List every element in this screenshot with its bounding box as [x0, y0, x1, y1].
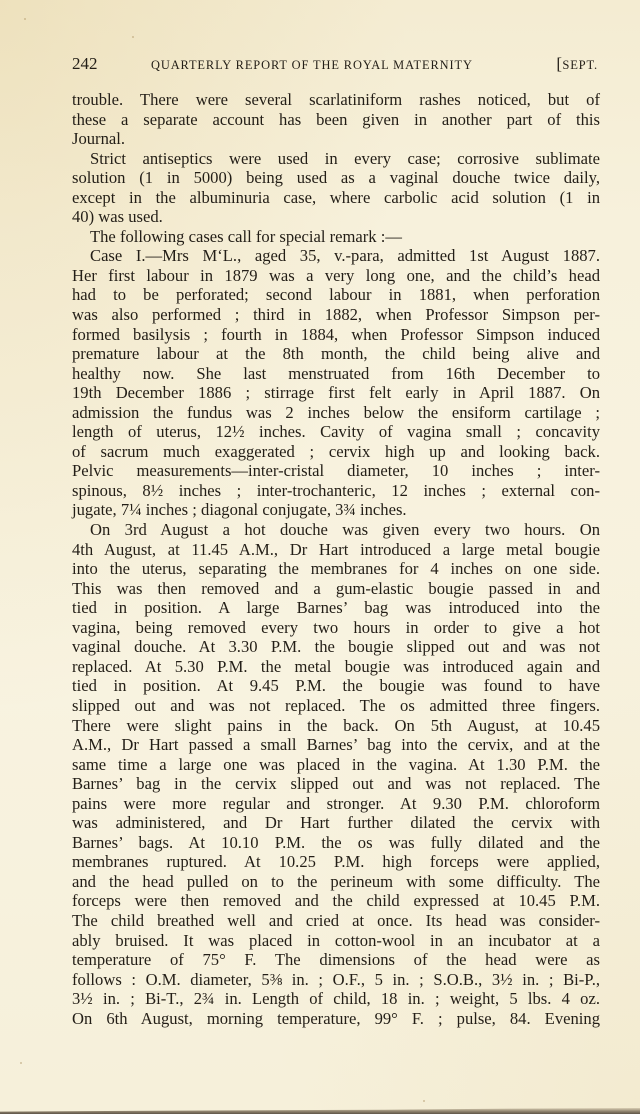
text-line: solution (1 in 5000) being used as a vag…	[72, 168, 600, 188]
text-line: jugate, 7¼ inches ; diagonal conjugate, …	[72, 500, 600, 520]
text-line: these a separate account has been given …	[72, 110, 600, 130]
text-line: Barnes’ bag in the cervix slipped out an…	[72, 774, 600, 794]
text-line: The child breathed well and cried at onc…	[72, 911, 600, 931]
text-line: vagina, being removed every two hours in…	[72, 618, 600, 638]
running-date: [SEPT.	[556, 52, 598, 77]
text-line: pains were more regular and stronger. At…	[72, 794, 600, 814]
text-line: temperature of 75° F. The dimensions of …	[72, 950, 600, 970]
text-line: slipped out and was not replaced. The os…	[72, 696, 600, 716]
text-line: Pelvic measurements—inter-cristal diamet…	[72, 461, 600, 481]
text-line: had to be perforated; second labour in 1…	[72, 285, 600, 305]
text-line: Journal.	[72, 129, 600, 149]
paper-speck	[20, 1062, 22, 1064]
body-text: trouble. There were several scarlatinifo…	[72, 90, 600, 1028]
text-line: membranes ruptured. At 10.25 P.M. high f…	[72, 852, 600, 872]
paper-speck	[132, 36, 134, 38]
text-line: tied in position. A large Barnes’ bag wa…	[72, 598, 600, 618]
text-line: This was then removed and a gum-elastic …	[72, 579, 600, 599]
text-line: There were slight pains in the back. On …	[72, 716, 600, 736]
text-line: was administered, and Dr Hart further di…	[72, 813, 600, 833]
text-line: On 3rd August a hot douche was given eve…	[72, 520, 600, 540]
text-line: A.M., Dr Hart passed a small Barnes’ bag…	[72, 735, 600, 755]
text-line: admission the fundus was 2 inches below …	[72, 403, 600, 423]
text-line: 4th August, at 11.45 A.M., Dr Hart intro…	[72, 540, 600, 560]
page-number: 242	[72, 52, 98, 76]
text-line: trouble. There were several scarlatinifo…	[72, 90, 600, 110]
text-line: same time a large one was placed in the …	[72, 755, 600, 775]
running-header: 242 QUARTERLY REPORT OF THE ROYAL MATERN…	[72, 52, 598, 76]
running-title: QUARTERLY REPORT OF THE ROYAL MATERNITY	[151, 53, 473, 77]
page-bottom-edge	[0, 1108, 640, 1114]
text-line: tied in position. At 9.45 P.M. the bougi…	[72, 676, 600, 696]
running-date-text: SEPT.	[562, 58, 598, 72]
text-line: premature labour at the 8th month, the c…	[72, 344, 600, 364]
text-line: healthy now. She last menstruated from 1…	[72, 364, 600, 384]
text-line: On 6th August, morning temperature, 99° …	[72, 1009, 600, 1029]
text-line: of sacrum much exaggerated ; cervix high…	[72, 442, 600, 462]
text-line: replaced. At 5.30 P.M. the metal bougie …	[72, 657, 600, 677]
text-line: vaginal douche. At 3.30 P.M. the bougie …	[72, 637, 600, 657]
text-line: Her first labour in 1879 was a very long…	[72, 266, 600, 286]
text-line: Case I.—Mrs M‘L., aged 35, v.-para, admi…	[72, 246, 600, 266]
text-line: ably bruised. It was placed in cotton-wo…	[72, 931, 600, 951]
text-line: into the uterus, separating the membrane…	[72, 559, 600, 579]
paper-speck	[24, 18, 26, 20]
text-line: 19th December 1886 ; stirrage first felt…	[72, 383, 600, 403]
text-line: formed basilysis ; fourth in 1884, when …	[72, 325, 600, 345]
text-line: follows : O.M. diameter, 5⅜ in. ; O.F., …	[72, 970, 600, 990]
text-line: 3½ in. ; Bi-T., 2¾ in. Length of child, …	[72, 989, 600, 1009]
scanned-page: 242 QUARTERLY REPORT OF THE ROYAL MATERN…	[0, 0, 640, 1114]
text-line: forceps were then removed and the child …	[72, 891, 600, 911]
text-line: Barnes’ bags. At 10.10 P.M. the os was f…	[72, 833, 600, 853]
text-line: 40) was used.	[72, 207, 600, 227]
paper-speck	[423, 1100, 425, 1102]
text-line: spinous, 8½ inches ; inter-trochanteric,…	[72, 481, 600, 501]
text-line: length of uterus, 12½ inches. Cavity of …	[72, 422, 600, 442]
text-line: was also performed ; third in 1882, when…	[72, 305, 600, 325]
text-line: The following cases call for special rem…	[72, 227, 600, 247]
text-line: except in the albuminuria case, where ca…	[72, 188, 600, 208]
text-line: and the head pulled on to the perineum w…	[72, 872, 600, 892]
text-line: Strict antiseptics were used in every ca…	[72, 149, 600, 169]
